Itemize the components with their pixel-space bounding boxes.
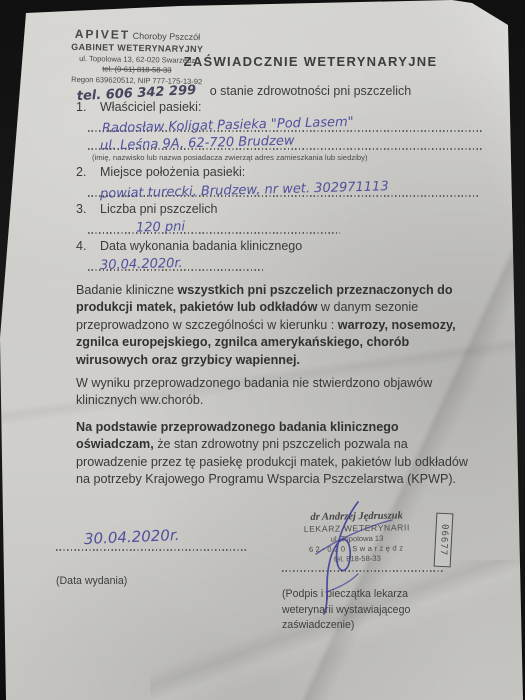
paragraph-result: W wyniku przeprowadzonego badania nie st… bbox=[76, 375, 470, 410]
p1-text: Badanie kliniczne bbox=[76, 283, 178, 297]
form-items: 1. Właściciel pasieki: Radosław Koligat … bbox=[76, 100, 480, 276]
handwritten-line: ul. Leśna 9A, 62-720 Brudzew bbox=[100, 134, 480, 152]
issue-date-value: 30.04.2020r. bbox=[84, 526, 180, 548]
body-paragraphs: Badanie kliniczne wszystkich pni pszczel… bbox=[76, 282, 470, 488]
apiary-location-value: powiat turecki, Brudzew, nr wet. 3029711… bbox=[100, 179, 389, 202]
handwritten-line: Radosław Koligat Pasieka "Pod Lasem" bbox=[100, 116, 480, 134]
handwritten-line: powiat turecki, Brudzew, nr wet. 3029711… bbox=[100, 181, 480, 199]
item-label: Miejsce położenia pasieki: bbox=[100, 165, 480, 179]
item-location: 2. Miejsce położenia pasieki: powiat tur… bbox=[76, 165, 480, 199]
signature-caption: (Podpis i pieczątka lekarza weterynarii … bbox=[282, 587, 434, 634]
vet-stamp: dr Andrzej Jędruszuk LEKARZ WETERYNARII … bbox=[282, 510, 455, 565]
clinic-brand: APIVET bbox=[75, 27, 131, 42]
stamp-serial-box: 06677 bbox=[434, 513, 454, 568]
issue-date-block: 30.04.2020r. (Data wydania) bbox=[56, 528, 246, 587]
paragraph-declaration: Na podstawie przeprowadzonego badania kl… bbox=[76, 419, 470, 489]
owner-address-value: ul. Leśna 9A, 62-720 Brudzew bbox=[100, 133, 295, 153]
item-colony-count: 3. Liczba pni pszczelich 120 pni bbox=[76, 202, 480, 236]
exam-date-value: 30.04.2020r. bbox=[100, 256, 183, 273]
title-block: ZAŚWIADCZNIE WETERYNARYJNE o stanie zdro… bbox=[168, 54, 453, 98]
handwritten-line: 120 pni bbox=[100, 218, 480, 236]
item-label: Liczba pni pszczelich bbox=[100, 202, 480, 216]
paragraph-exam-scope: Badanie kliniczne wszystkich pni pszczel… bbox=[76, 282, 470, 369]
item-number: 2. bbox=[76, 165, 100, 199]
document-title: ZAŚWIADCZNIE WETERYNARYJNE bbox=[168, 54, 453, 69]
item-label: Data wykonania badania klinicznego bbox=[100, 239, 480, 253]
colony-count-value: 120 pni bbox=[136, 219, 185, 235]
item-exam-date: 4. Data wykonania badania klinicznego 30… bbox=[76, 239, 480, 273]
item-owner: 1. Właściciel pasieki: Radosław Koligat … bbox=[76, 100, 480, 162]
item-number: 4. bbox=[76, 239, 100, 273]
signature-dotted-line bbox=[56, 549, 246, 551]
item-caption: (imię, nazwisko lub nazwa posiadacza zwi… bbox=[92, 153, 480, 162]
vet-phone: tel. 818-58-33 bbox=[282, 553, 432, 565]
photo-background: APIVET Choroby Pszczół GABINET WETERYNAR… bbox=[0, 0, 525, 700]
issue-date-caption: (Data wydania) bbox=[56, 575, 246, 587]
clinic-brand-suffix: Choroby Pszczół bbox=[133, 31, 201, 42]
stamp-serial-number: 06677 bbox=[438, 524, 450, 557]
signature-dotted-line bbox=[282, 570, 444, 572]
item-number: 3. bbox=[76, 202, 100, 236]
document-paper: APIVET Choroby Pszczół GABINET WETERYNAR… bbox=[0, 0, 525, 700]
handwritten-line: 30.04.2020r. bbox=[100, 255, 480, 273]
vet-signature-block: dr Andrzej Jędruszuk LEKARZ WETERYNARII … bbox=[282, 511, 454, 634]
document-subtitle: o stanie zdrowotności pni pszczelich bbox=[168, 84, 453, 98]
item-label: Właściciel pasieki: bbox=[100, 100, 480, 114]
